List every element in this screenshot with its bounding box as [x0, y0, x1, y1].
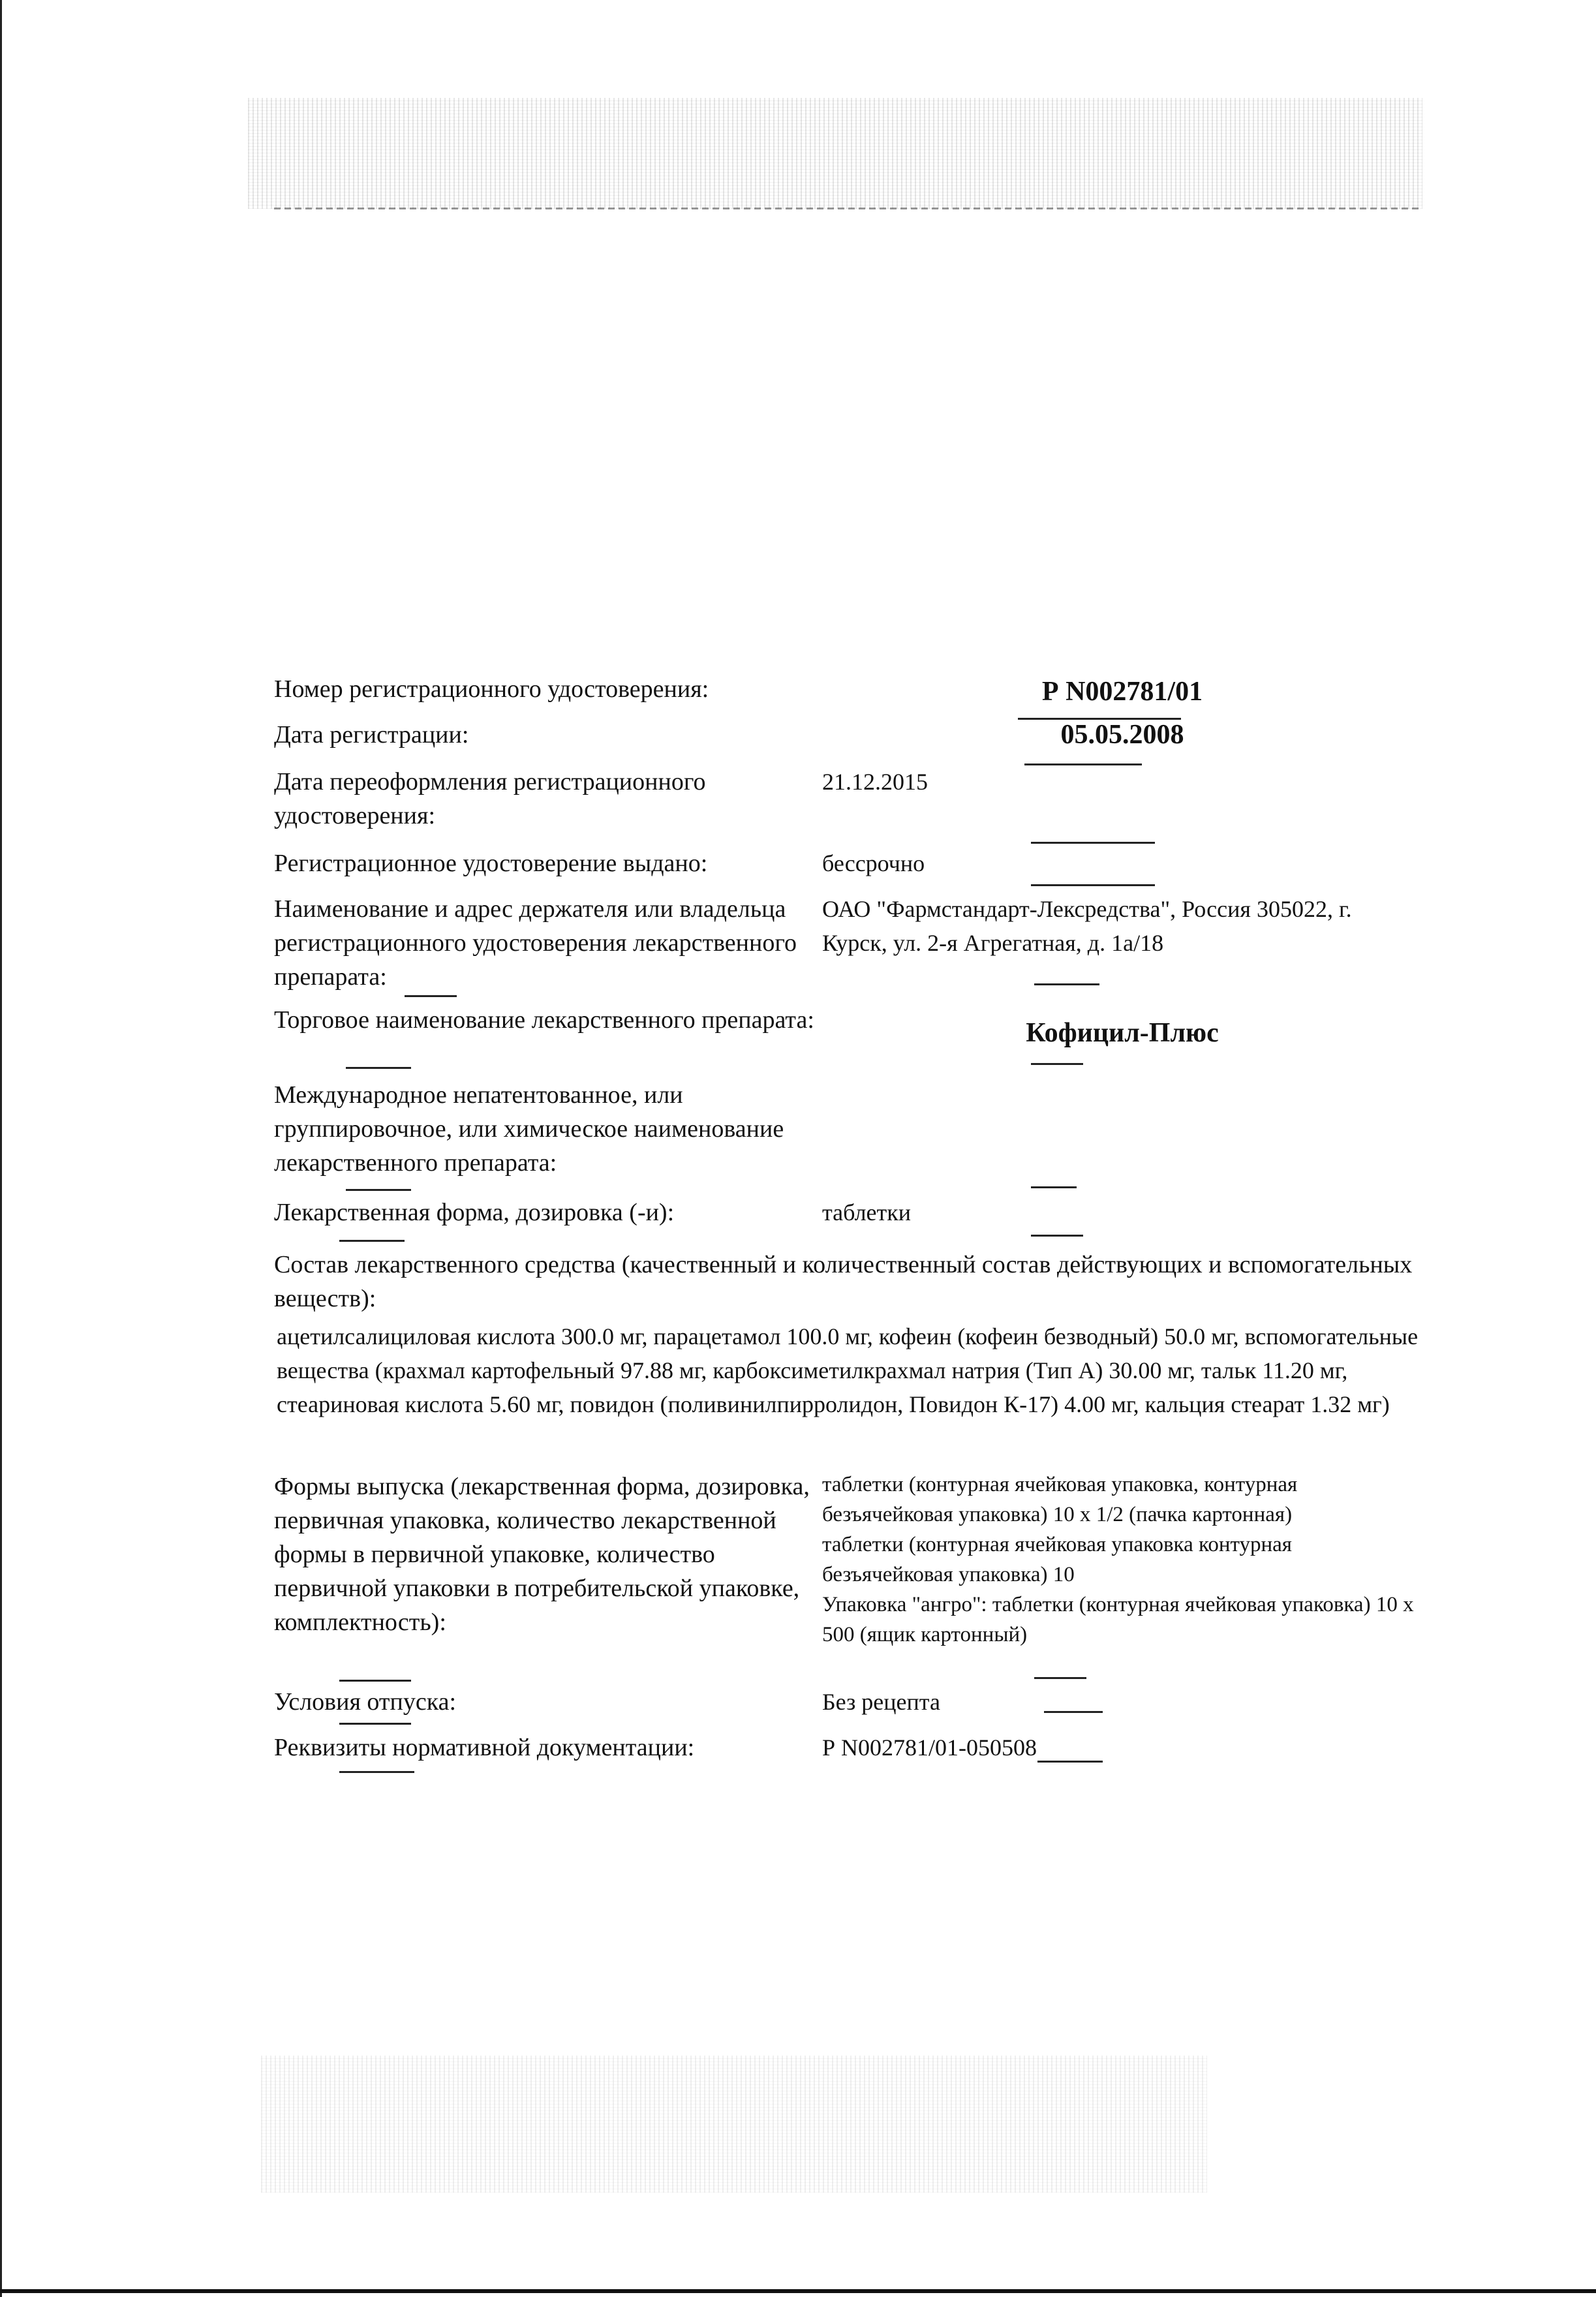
- scan-left-edge: [0, 0, 2, 2297]
- composition-text: ацетилсалициловая кислота 300.0 мг, пара…: [274, 1319, 1422, 1470]
- scan-bottom-edge: [0, 2289, 1596, 2293]
- field-row-cert-number: Номер регистрационного удостоверения: Р …: [274, 672, 1422, 718]
- underline: [1031, 884, 1155, 886]
- field-label: Дата переоформления регистрационного удо…: [274, 765, 822, 846]
- cert-number-value: Р N002781/01: [822, 672, 1422, 718]
- field-row-inn: Международное непатентованное, или групп…: [274, 1078, 1422, 1195]
- underline: [339, 1240, 405, 1242]
- field-row-reg-date: Дата регистрации: 05.05.2008: [274, 718, 1422, 765]
- underline: [1034, 1677, 1086, 1679]
- underline: [346, 1189, 411, 1191]
- underline: [1031, 1235, 1083, 1237]
- underline: [339, 1680, 411, 1682]
- reissue-date-value: 21.12.2015: [822, 765, 1422, 846]
- inn-value: [822, 1078, 1422, 1195]
- underline: [405, 995, 457, 997]
- underline: [339, 1723, 411, 1725]
- underline: [1044, 1711, 1103, 1713]
- underline: [1031, 842, 1155, 844]
- faded-stamp-signature: [261, 2056, 1207, 2193]
- composition-heading-row: Состав лекарственного средства (качестве…: [274, 1248, 1422, 1319]
- field-label: Наименование и адрес держателя или владе…: [274, 892, 822, 1003]
- field-label: Формы выпуска (лекарственная форма, дози…: [274, 1470, 822, 1685]
- field-row-trade-name: Торговое наименование лекарственного пре…: [274, 1003, 1422, 1078]
- release-form-item: Упаковка "ангро": таблетки (контурная яч…: [822, 1590, 1422, 1650]
- composition-row: ацетилсалициловая кислота 300.0 мг, пара…: [274, 1319, 1422, 1470]
- field-row-dosage-form: Лекарственная форма, дозировка (-и): таб…: [274, 1195, 1422, 1248]
- release-form-item: таблетки (контурная ячейковая упаковка, …: [822, 1470, 1422, 1530]
- certificate-form: Номер регистрационного удостоверения: Р …: [274, 672, 1422, 1776]
- letterhead-rule: [274, 208, 1422, 209]
- reg-date-value: 05.05.2008: [822, 718, 1422, 765]
- underline: [1037, 1761, 1103, 1763]
- dosage-form-value: таблетки: [822, 1195, 1422, 1248]
- field-row-dispensing: Условия отпуска: Без рецепта: [274, 1685, 1422, 1731]
- underline: [1034, 983, 1099, 985]
- field-label: Международное непатентованное, или групп…: [274, 1078, 822, 1195]
- field-row-release-forms: Формы выпуска (лекарственная форма, дози…: [274, 1470, 1422, 1685]
- underline: [346, 1067, 411, 1069]
- holder-value: ОАО "Фармстандарт-Лексредства", Россия 3…: [822, 892, 1422, 1003]
- field-label: Дата регистрации:: [274, 718, 822, 765]
- underline: [1031, 1186, 1077, 1188]
- field-label: Реквизиты нормативной документации:: [274, 1731, 822, 1776]
- faded-letterhead: [248, 98, 1422, 209]
- field-label: Регистрационное удостоверение выдано:: [274, 846, 822, 892]
- field-row-issued: Регистрационное удостоверение выдано: бе…: [274, 846, 1422, 892]
- normative-doc-value: Р N002781/01-050508: [822, 1731, 1422, 1776]
- composition-label: Состав лекарственного средства (качестве…: [274, 1248, 1422, 1319]
- release-form-item: таблетки (контурная ячейковая упаковка к…: [822, 1530, 1422, 1590]
- field-row-holder: Наименование и адрес держателя или владе…: [274, 892, 1422, 1003]
- release-forms-list: таблетки (контурная ячейковая упаковка, …: [822, 1470, 1422, 1685]
- dispensing-value: Без рецепта: [822, 1685, 1422, 1731]
- field-label: Номер регистрационного удостоверения:: [274, 672, 822, 718]
- underline: [1031, 1063, 1083, 1065]
- trade-name-value: Кофицил-Плюс: [822, 1003, 1422, 1078]
- field-row-reissue-date: Дата переоформления регистрационного удо…: [274, 765, 1422, 846]
- underline: [339, 1771, 414, 1773]
- field-row-normative-doc: Реквизиты нормативной документации: Р N0…: [274, 1731, 1422, 1776]
